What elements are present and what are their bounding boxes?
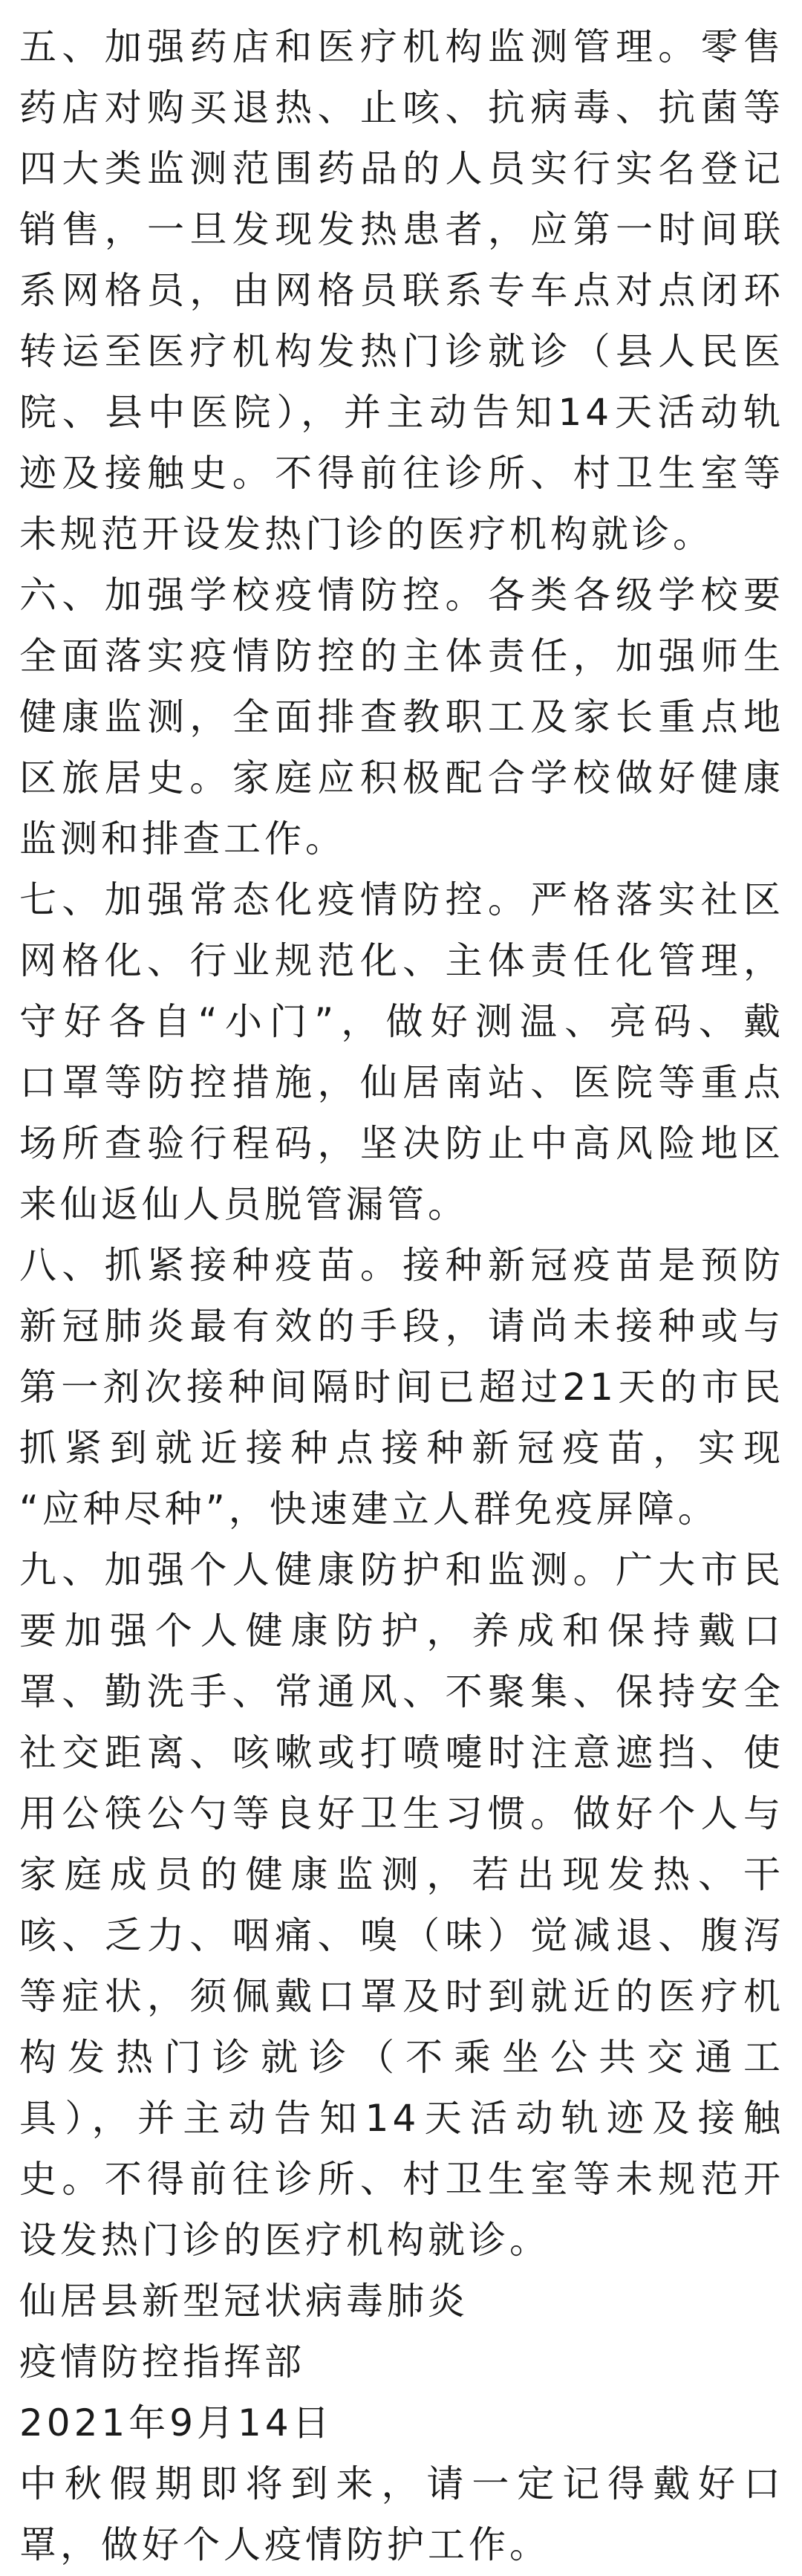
text-line: 四大类监测范围药品的人员实行实名登记 (19, 138, 784, 199)
text-line: 史。不得前往诊所、村卫生室等未规范开 (19, 2149, 784, 2210)
text-line: 用公筷公勺等良好卫生习惯。做好个人与 (19, 1783, 784, 1844)
paragraph-item-7: 七、加强常态化疫情防控。严格落实社区 网格化、行业规范化、主体责任化管理， 守好… (19, 869, 784, 1235)
text-line: 罩、勤洗手、常通风、不聚集、保持安全 (19, 1661, 784, 1722)
paragraph-item-5: 五、加强药店和医疗机构监测管理。零售 药店对购买退热、止咳、抗病毒、抗菌等 四大… (19, 16, 784, 565)
signature-organization: 仙居县新型冠状病毒肺炎 疫情防控指挥部 (19, 2271, 784, 2392)
text-line: 九、加强个人健康防护和监测。广大市民 (19, 1540, 784, 1600)
signature-line: 疫情防控指挥部 (19, 2332, 784, 2392)
text-line: 设发热门诊的医疗机构就诊。 (19, 2210, 784, 2271)
text-line: 七、加强常态化疫情防控。严格落实社区 (19, 869, 784, 930)
text-line: 守好各自“小门”，做好测温、亮码、戴 (19, 991, 784, 1052)
paragraph-item-8: 八、抓紧接种疫苗。接种新冠疫苗是预防 新冠肺炎最有效的手段，请尚未接种或与 第一… (19, 1235, 784, 1540)
text-line: 药店对购买退热、止咳、抗病毒、抗菌等 (19, 77, 784, 138)
text-line: 抓紧到就近接种点接种新冠疫苗，实现 (19, 1418, 784, 1479)
text-line: 罩，做好个人疫情防护工作。 (19, 2514, 784, 2575)
paragraph-item-9: 九、加强个人健康防护和监测。广大市民 要加强个人健康防护，养成和保持戴口 罩、勤… (19, 1540, 784, 2271)
text-line: 系网格员，由网格员联系专车点对点闭环 (19, 260, 784, 321)
text-line: “应种尽种”，快速建立人群免疫屏障。 (19, 1479, 784, 1540)
signature-line: 仙居县新型冠状病毒肺炎 (19, 2271, 784, 2332)
text-line: 口罩等防控措施，仙居南站、医院等重点 (19, 1052, 784, 1113)
text-line: 迹及接触史。不得前往诊所、村卫生室等 (19, 443, 784, 504)
text-line: 第一剂次接种间隔时间已超过21天的市民 (19, 1357, 784, 1418)
text-line: 社交距离、咳嗽或打喷嚏时注意遮挡、使 (19, 1722, 784, 1783)
text-line: 家庭成员的健康监测，若出现发热、干 (19, 1844, 784, 1905)
date-line: 2021年9月14日 (19, 2392, 784, 2453)
text-line: 院、县中医院），并主动告知14天活动轨 (19, 382, 784, 443)
text-line: 监测和排查工作。 (19, 808, 784, 869)
text-line: 区旅居史。家庭应积极配合学校做好健康 (19, 747, 784, 808)
text-line: 新冠肺炎最有效的手段，请尚未接种或与 (19, 1296, 784, 1357)
text-line: 要加强个人健康防护，养成和保持戴口 (19, 1600, 784, 1661)
notice-document: 五、加强药店和医疗机构监测管理。零售 药店对购买退热、止咳、抗病毒、抗菌等 四大… (0, 0, 802, 2576)
text-line: 等症状，须佩戴口罩及时到就近的医疗机 (19, 1966, 784, 2027)
paragraph-item-6: 六、加强学校疫情防控。各类各级学校要 全面落实疫情防控的主体责任，加强师生 健康… (19, 565, 784, 869)
postscript: 中秋假期即将到来，请一定记得戴好口 罩，做好个人疫情防护工作。 (19, 2453, 784, 2575)
text-line: 六、加强学校疫情防控。各类各级学校要 (19, 565, 784, 626)
text-line: 八、抓紧接种疫苗。接种新冠疫苗是预防 (19, 1235, 784, 1296)
text-line: 五、加强药店和医疗机构监测管理。零售 (19, 16, 784, 77)
text-line: 具），并主动告知14天活动轨迹及接触 (19, 2088, 784, 2149)
text-line: 转运至医疗机构发热门诊就诊（县人民医 (19, 321, 784, 382)
text-line: 中秋假期即将到来，请一定记得戴好口 (19, 2453, 784, 2514)
text-line: 来仙返仙人员脱管漏管。 (19, 1174, 784, 1235)
text-line: 构发热门诊就诊（不乘坐公共交通工 (19, 2027, 784, 2088)
text-line: 全面落实疫情防控的主体责任，加强师生 (19, 626, 784, 687)
text-line: 网格化、行业规范化、主体责任化管理， (19, 930, 784, 991)
signature-date: 2021年9月14日 (19, 2392, 784, 2453)
text-line: 健康监测，全面排查教职工及家长重点地 (19, 687, 784, 747)
text-line: 销售，一旦发现发热患者，应第一时间联 (19, 199, 784, 260)
text-line: 未规范开设发热门诊的医疗机构就诊。 (19, 504, 784, 565)
text-line: 咳、乏力、咽痛、嗅（味）觉减退、腹泻 (19, 1905, 784, 1966)
text-line: 场所查验行程码，坚决防止中高风险地区 (19, 1113, 784, 1174)
